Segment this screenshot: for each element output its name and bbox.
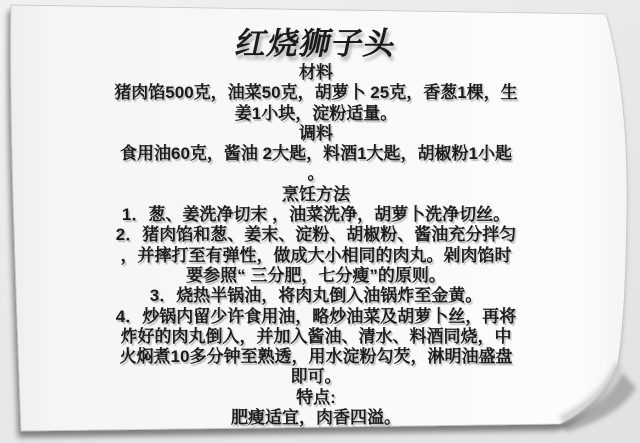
recipe-text-line: 炸好的肉丸倒入，并加入酱油、清水、料酒同烧，中 [30,327,602,347]
recipe-text-line: 。 [30,164,602,184]
recipe-text-line: 要参照“ 三分肥，七分瘦”的原则。 [30,266,602,286]
recipe-text-line: 火焖煮10多分钟至熟透，用水淀粉勾芡，淋明油盛盘 [30,347,602,367]
recipe-text-line: 2．猪肉馅和葱、姜末、淀粉、胡椒粉、酱油充分拌匀 [30,225,602,245]
recipe-title: 红烧狮子头 [232,26,400,62]
recipe-text-line: 3．烧热半锅油，将肉丸倒入油锅炸至金黄。 [30,286,602,306]
recipe-content: 红烧狮子头 材料猪肉馅500克，油菜50克，胡萝卜 25克，香葱1棵，生姜1小块… [30,26,602,428]
recipe-text-line: 1．葱、姜洗净切末 ，油菜洗净，胡萝卜洗净切丝。 [30,205,602,225]
section-heading: 烹饪方法 [30,185,602,205]
recipe-text-line: 食用油60克，酱油 2大匙，料酒1大匙，胡椒粉1小匙 [30,144,602,164]
recipe-card: 红烧狮子头 材料猪肉馅500克，油菜50克，胡萝卜 25克，香葱1棵，生姜1小块… [0,0,640,443]
recipe-text-line: 肥瘦适宜，肉香四溢。 [30,408,602,428]
section-heading: 调料 [30,124,602,144]
recipe-text-line: 4．炒锅内留少许食用油，略炒油菜及胡萝卜丝，再将 [30,307,602,327]
recipe-lines: 材料猪肉馅500克，油菜50克，胡萝卜 25克，香葱1棵，生姜1小块，淀粉适量。… [30,63,602,428]
recipe-text-line: 猪肉馅500克，油菜50克，胡萝卜 25克，香葱1棵，生 [30,83,602,103]
recipe-text-line: ，并摔打至有弹性，做成大小相同的肉丸。剁肉馅时 [30,246,602,266]
section-heading: 特点: [30,388,602,408]
recipe-text-line: 姜1小块，淀粉适量。 [30,104,602,124]
section-heading: 材料 [30,63,602,83]
recipe-text-line: 即可。 [30,367,602,387]
